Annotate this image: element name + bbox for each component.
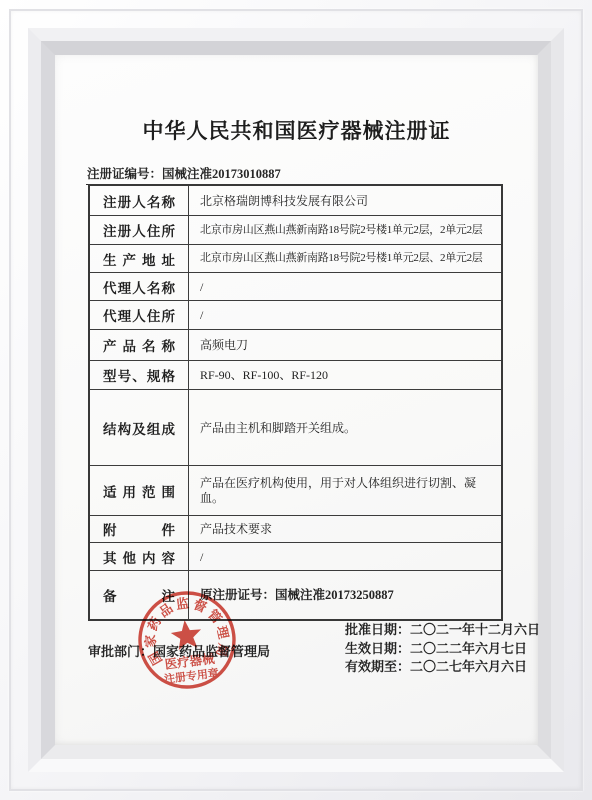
expiry-date-value: 二〇二七年六月六日	[410, 659, 527, 674]
table-row: 型号、规格 RF-90、RF-100、RF-120	[90, 360, 501, 389]
table-row-label: 代理人住所	[90, 305, 188, 325]
table-row: 结构及组成 产品由主机和脚踏开关组成。	[90, 389, 501, 465]
table-row-value: 产品技术要求	[189, 516, 501, 542]
table-row-label: 注册人住所	[90, 220, 188, 240]
table-row-label: 附件	[90, 519, 188, 539]
effective-date-line: 生效日期：二〇二二年六月七日	[345, 640, 540, 659]
stamp-arc-char: 监	[175, 596, 190, 612]
approval-date-value: 二〇二一年十二月六日	[410, 622, 540, 637]
certificate-title: 中华人民共和国医疗器械注册证	[55, 115, 538, 145]
table-row: 代理人名称 /	[90, 272, 501, 300]
registration-table: 注册人名称 北京格瑞朗博科技发展有限公司 注册人住所 北京市房山区燕山燕新南路1…	[88, 184, 503, 621]
table-row-label: 其他内容	[90, 547, 188, 567]
table-row: 生产地址 北京市房山区燕山燕新南路18号院2号楼1单元2层、2单元2层	[90, 244, 501, 272]
table-row-label: 型号、规格	[90, 365, 188, 385]
table-row: 产品名称 高频电刀	[90, 329, 501, 360]
stamp-arc-char: 局	[213, 642, 231, 659]
approval-date-label: 批准日期：	[345, 622, 410, 637]
table-row-label: 代理人名称	[90, 277, 188, 297]
table-row-value: 产品在医疗机构使用，用于对人体组织进行切割、凝血。	[189, 466, 501, 515]
stamp-star-icon	[169, 618, 203, 650]
table-row-value: 北京市房山区燕山燕新南路18号院2号楼1单元2层，2单元2层	[189, 216, 501, 244]
registration-number-line: 注册证编号：国械注准20173010887	[86, 164, 287, 185]
table-row-value: /	[189, 301, 501, 329]
official-stamp: 国家药品监督管理局 医疗器械 注册专用章	[129, 582, 245, 698]
table-row: 代理人住所 /	[90, 300, 501, 329]
table-row: 注册人住所 北京市房山区燕山燕新南路18号院2号楼1单元2层，2单元2层	[90, 215, 501, 244]
table-row-label: 注册人名称	[90, 191, 188, 211]
table-row-label-cell: 代理人名称	[90, 273, 189, 300]
dates-block: 批准日期：二〇二一年十二月六日 生效日期：二〇二二年六月七日 有效期至：二〇二七…	[345, 621, 540, 677]
stamp-arc-char: 督	[191, 597, 209, 616]
table-row-label-cell: 结构及组成	[90, 390, 189, 465]
table-row-label-cell: 其他内容	[90, 543, 189, 570]
table-row-value: 北京市房山区燕山燕新南路18号院2号楼1单元2层、2单元2层	[189, 245, 501, 272]
table-row-value: /	[189, 543, 501, 570]
table-row-label-cell: 生产地址	[90, 245, 189, 272]
certificate-paper: 中华人民共和国医疗器械注册证 注册证编号：国械注准20173010887 注册人…	[55, 55, 538, 745]
table-row: 附件 产品技术要求	[90, 515, 501, 542]
expiry-date-line: 有效期至：二〇二七年六月六日	[345, 658, 540, 677]
table-row-label: 生产地址	[90, 249, 188, 269]
table-row-label-cell: 型号、规格	[90, 361, 189, 389]
table-row: 其他内容 /	[90, 542, 501, 570]
registration-number-label: 注册证编号：	[87, 167, 162, 181]
table-row: 注册人名称 北京格瑞朗博科技发展有限公司	[90, 186, 501, 215]
table-row-value: 产品由主机和脚踏开关组成。	[189, 390, 501, 465]
table-row-value: 高频电刀	[189, 330, 501, 360]
stamp-arc-char: 家	[143, 634, 158, 647]
table-row-label-cell: 附件	[90, 516, 189, 542]
table-row-label-cell: 注册人住所	[90, 216, 189, 244]
table-row-value: 北京格瑞朗博科技发展有限公司	[189, 186, 501, 215]
table-row-label: 产品名称	[90, 335, 188, 355]
stamp-seal-graphic: 国家药品监督管理局 医疗器械 注册专用章	[129, 582, 245, 698]
table-row-value: RF-90、RF-100、RF-120	[189, 361, 501, 389]
table-row: 适用范围 产品在医疗机构使用，用于对人体组织进行切割、凝血。	[90, 465, 501, 515]
registration-number-value: 国械注准20173010887	[162, 167, 281, 181]
approval-date-line: 批准日期：二〇二一年十二月六日	[345, 621, 540, 640]
effective-date-label: 生效日期：	[345, 641, 410, 656]
stamp-arc-char: 理	[214, 624, 232, 641]
table-row-label-cell: 代理人住所	[90, 301, 189, 329]
table-row-value: /	[189, 273, 501, 300]
table-row-label-cell: 注册人名称	[90, 186, 189, 215]
table-row-label-cell: 产品名称	[90, 330, 189, 360]
expiry-date-label: 有效期至：	[345, 659, 410, 674]
table-row-label: 适用范围	[90, 481, 188, 501]
table-row-label: 结构及组成	[90, 418, 188, 438]
effective-date-value: 二〇二二年六月七日	[410, 641, 527, 656]
table-row-label-cell: 适用范围	[90, 466, 189, 515]
